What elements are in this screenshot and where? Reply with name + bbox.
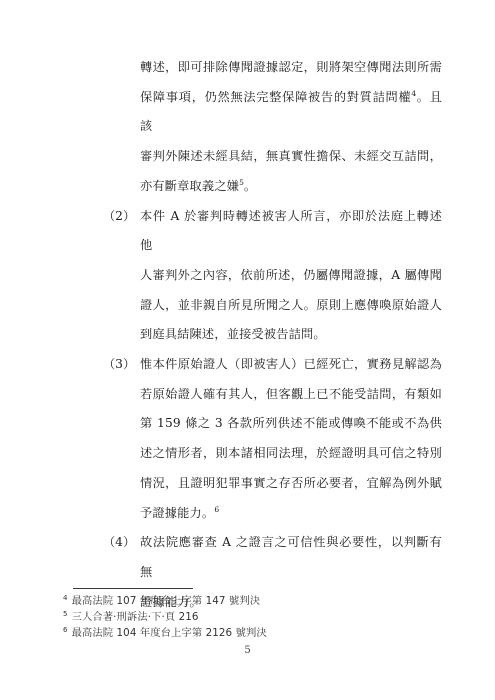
- body-line: 述之情形者，則本諸相同法理，於經證明具可信之特別: [140, 439, 442, 469]
- body-line: （2）本件 A 於審判時轉述被害人所言，亦即於法庭上轉述他: [140, 202, 442, 261]
- body-line: 保障事項，仍然無法完整保障被告的對質詰問權4。且該: [140, 83, 442, 142]
- document-body: 轉述，即可排除傳聞證據認定，則將架空傳聞法則所需保障事項，仍然無法完整保障被告的…: [140, 53, 442, 617]
- body-line: 予證據能力。6: [140, 499, 442, 529]
- body-line: （3）惟本件原始證人（即被害人）已經死亡，實務見解認為: [140, 350, 442, 380]
- footnote: 4最高法院 107 年度台上字第 147 號判決: [63, 593, 433, 609]
- footnote-marker: 4: [63, 594, 68, 602]
- footnote-ref: 5: [239, 178, 244, 187]
- item-marker: （3）: [103, 350, 135, 380]
- body-line: 亦有斷章取義之嫌5。: [140, 172, 442, 202]
- list-item: （2）本件 A 於審判時轉述被害人所言，亦即於法庭上轉述他人審判外之內容，依前所…: [140, 202, 442, 351]
- footnote-ref: 4: [411, 89, 416, 98]
- body-line: 若原始證人確有其人，但客觀上已不能受詰問，有類如: [140, 380, 442, 410]
- footnote-ref: 6: [214, 504, 219, 513]
- footnote-separator: [73, 588, 193, 589]
- body-line: 情況，且證明犯罪事實之存否所必要者，宜解為例外賦: [140, 469, 442, 499]
- item-marker: （4）: [103, 528, 135, 558]
- body-line: （4）故法院應審查 A 之證言之可信性與必要性，以判斷有無: [140, 528, 442, 587]
- item-marker: （2）: [103, 202, 135, 232]
- body-line: 審判外陳述未經具結，無真實性擔保、未經交互詰問，: [140, 142, 442, 172]
- footnote: 6最高法院 104 年度台上字第 2126 號判決: [63, 625, 433, 641]
- list-item: 轉述，即可排除傳聞證據認定，則將架空傳聞法則所需保障事項，仍然無法完整保障被告的…: [140, 53, 442, 202]
- body-line: 證人，並非親自所見所聞之人。原則上應傳喚原始證人: [140, 291, 442, 321]
- body-line: 人審判外之內容，依前所述，仍屬傳聞證據，A 屬傳聞: [140, 261, 442, 291]
- list-item: （3）惟本件原始證人（即被害人）已經死亡，實務見解認為若原始證人確有其人，但客觀…: [140, 350, 442, 528]
- footnote-text: 最高法院 104 年度台上字第 2126 號判決: [72, 627, 267, 639]
- body-line: 轉述，即可排除傳聞證據認定，則將架空傳聞法則所需: [140, 53, 442, 83]
- document-page: 轉述，即可排除傳聞證據認定，則將架空傳聞法則所需保障事項，仍然無法完整保障被告的…: [0, 0, 495, 700]
- body-line: 第 159 條之 3 各款所列供述不能或傳喚不能或不為供: [140, 409, 442, 439]
- footnotes: 4最高法院 107 年度台上字第 147 號判決5三人合著‧刑訴法‧下‧頁 21…: [63, 593, 433, 642]
- footnote-text: 三人合著‧刑訴法‧下‧頁 216: [72, 611, 199, 623]
- footnote-marker: 5: [63, 610, 68, 618]
- footnote-text: 最高法院 107 年度台上字第 147 號判決: [72, 595, 261, 607]
- body-line: 到庭具結陳述，並接受被告詰問。: [140, 320, 442, 350]
- page-number: 5: [0, 645, 495, 656]
- footnote-marker: 6: [63, 626, 68, 634]
- footnote: 5三人合著‧刑訴法‧下‧頁 216: [63, 609, 433, 625]
